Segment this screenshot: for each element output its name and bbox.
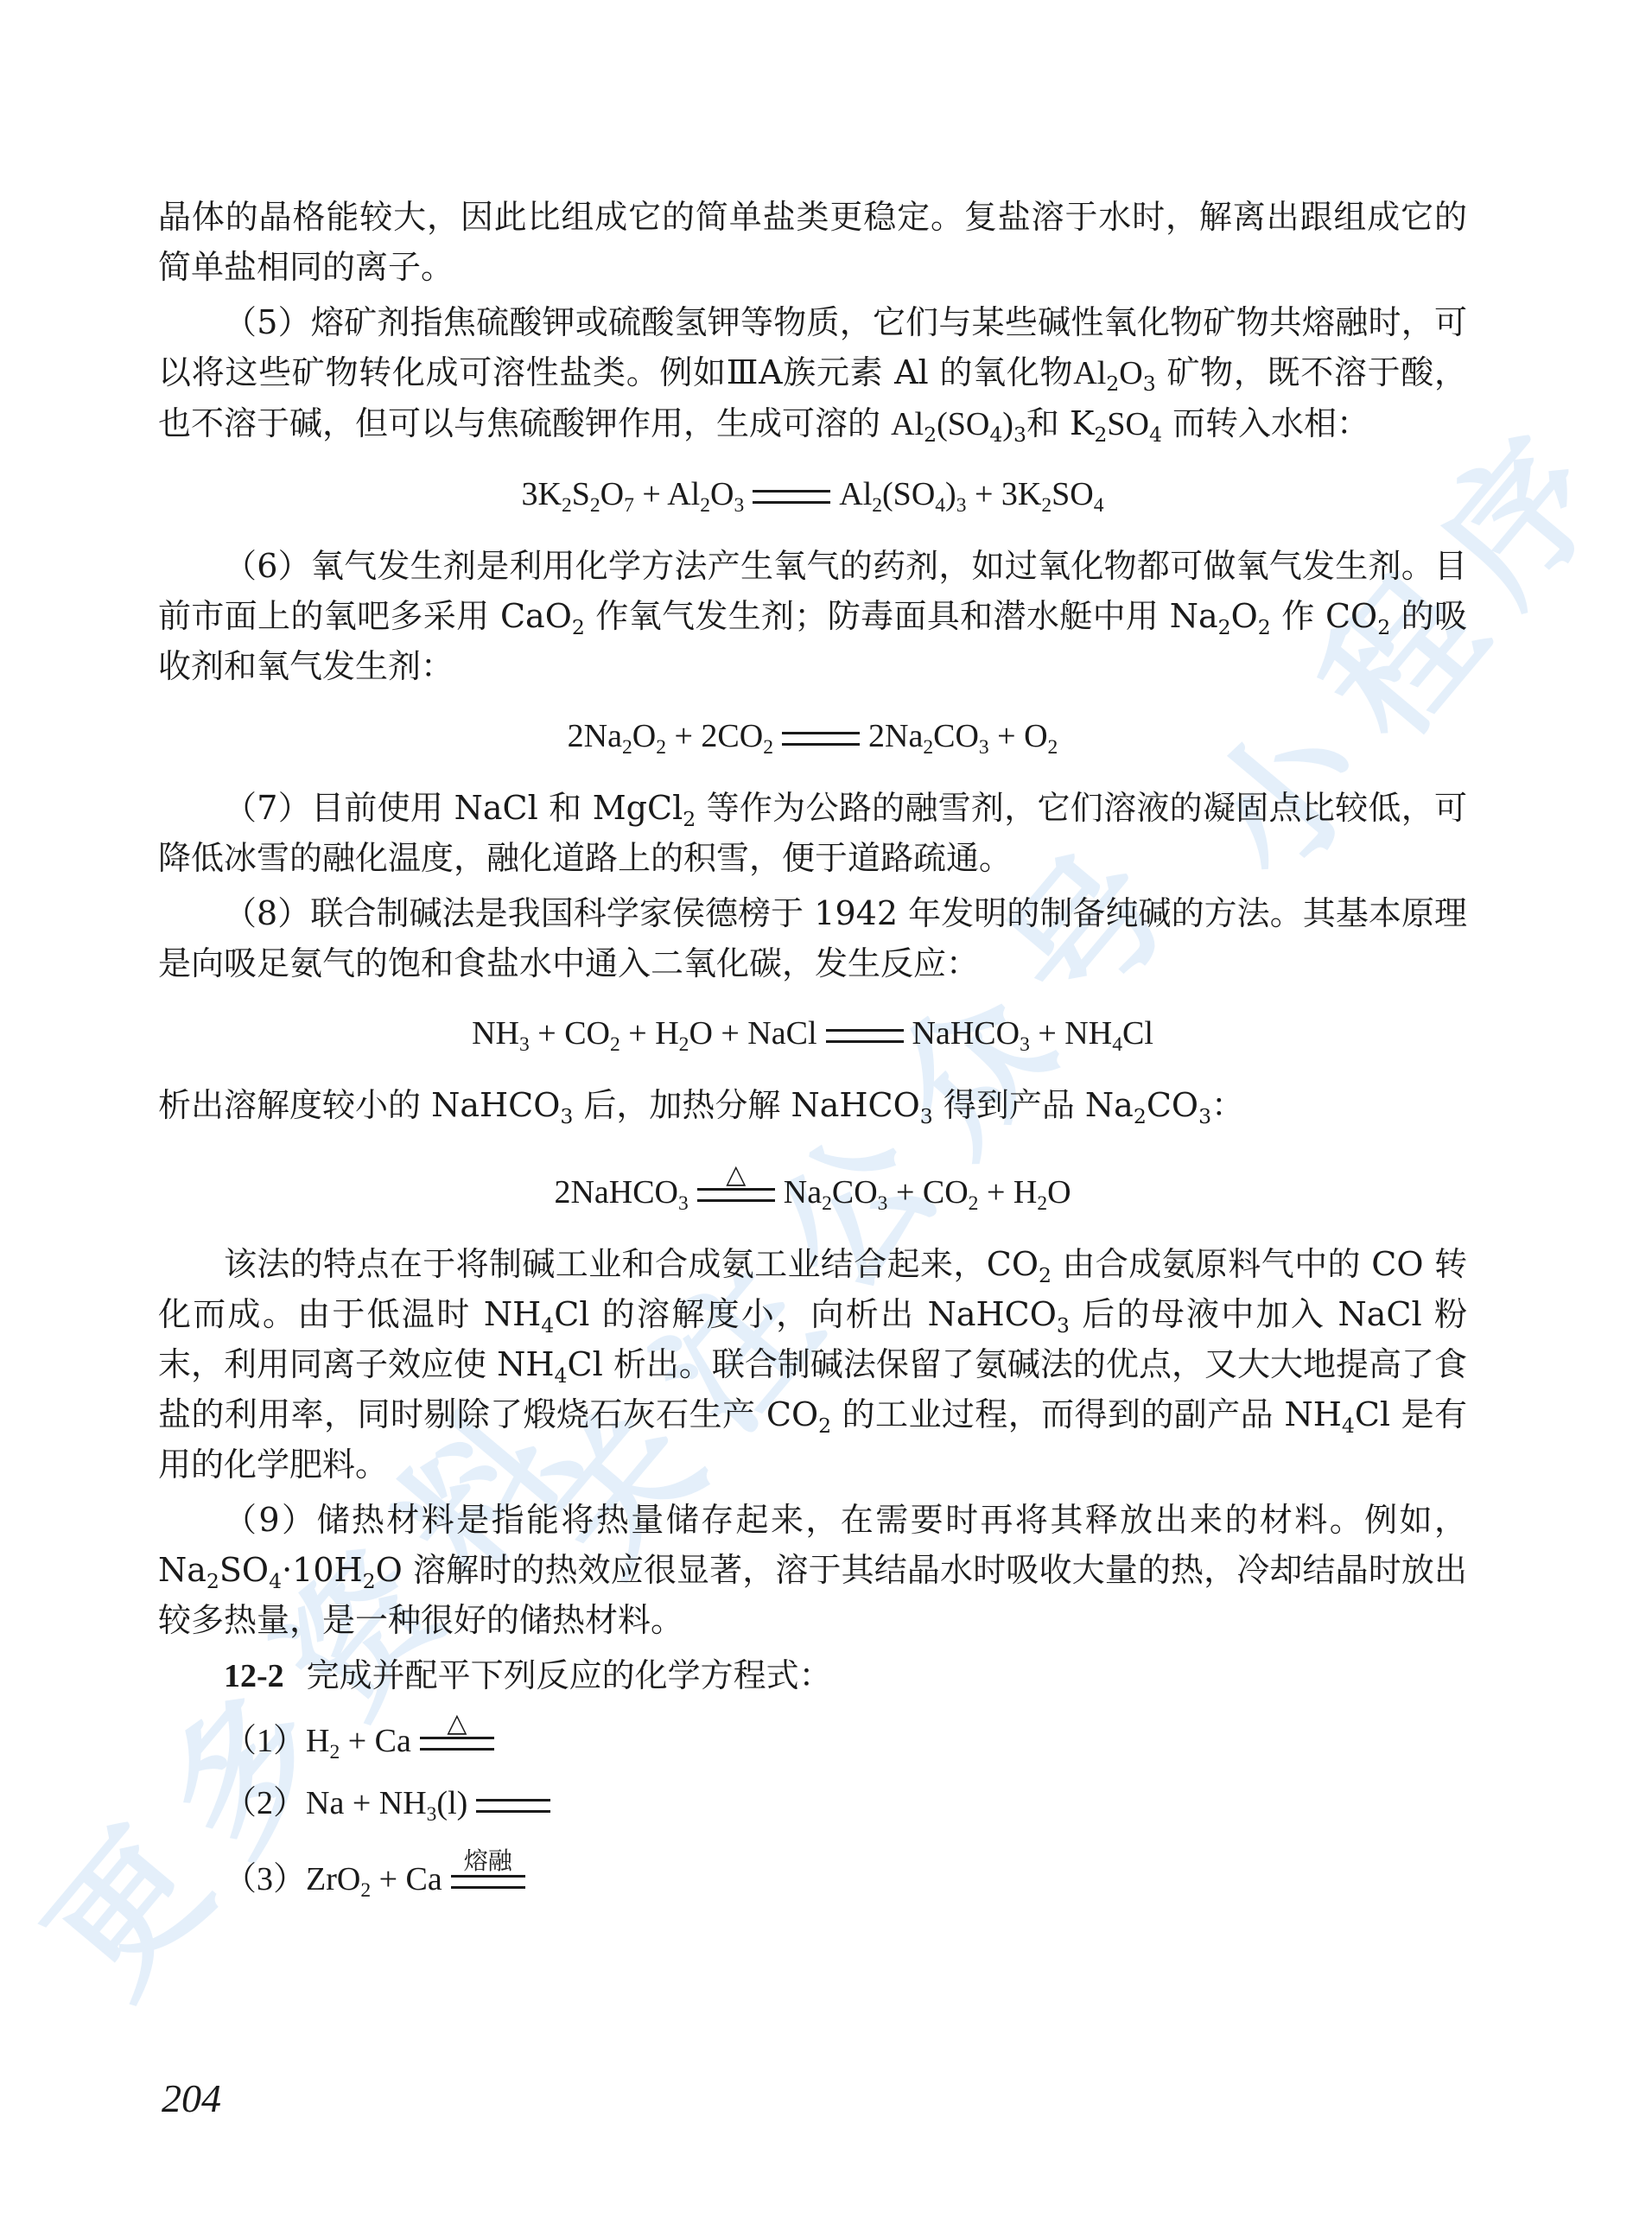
equals-arrow — [753, 490, 830, 504]
equation-potassium-pyrosulfate: 3K2S2O7 + Al2O3Al2(SO4)3 + 3K2SO4 — [158, 467, 1467, 522]
heat-icon: △ — [420, 1712, 494, 1736]
equation-sodium-peroxide: 2Na2O2 + 2CO22Na2CO3 + O2 — [158, 709, 1467, 764]
paragraph-5: （5）熔矿剂指焦硫酸钾或硫酸氢钾等物质，它们与某些碱性氧化物矿物共熔融时，可以将… — [158, 297, 1467, 449]
page-body: 晶体的晶格能较大，因此比组成它的简单盐类更稳定。复盐溶于水时，解离出跟组成它的简… — [158, 192, 1467, 1907]
equation-hou-process: NH3 + CO2 + H2O + NaClNaHCO3 + NH4Cl — [158, 1006, 1467, 1061]
equals-arrow — [826, 1029, 904, 1043]
exercise-number: 12-2 — [224, 1658, 284, 1694]
page-number: 204 — [162, 2075, 221, 2121]
paragraph-6: （6）氧气发生剂是利用化学方法产生氧气的药剂，如过氧化物都可做氧气发生剂。目前市… — [158, 541, 1467, 691]
exercise-item-1: （1）H2 + Ca△ — [158, 1713, 1467, 1769]
equation-bicarbonate-decomposition: 2NaHCO3△Na2CO3 + CO2 + H2O — [158, 1165, 1467, 1220]
paragraph-7: （7）目前使用 NaCl 和 MgCl2 等作为公路的融雪剂，它们溶液的凝固点比… — [158, 783, 1467, 883]
exercise-item-2: （2）Na + NH3(l) — [158, 1776, 1467, 1831]
equals-arrow — [782, 732, 860, 746]
heat-equals-arrow: △ — [420, 1737, 494, 1751]
melt-condition-label: 熔融 — [451, 1850, 525, 1874]
exercise-title: 完成并配平下列反应的化学方程式： — [307, 1656, 832, 1694]
heat-equals-arrow: △ — [697, 1188, 775, 1202]
paragraph-continued: 晶体的晶格能较大，因此比组成它的简单盐类更稳定。复盐溶于水时，解离出跟组成它的简… — [158, 192, 1467, 292]
exercise-item-3: （3）ZrO2 + Ca熔融 — [158, 1852, 1467, 1907]
exercise-heading: 12-2完成并配平下列反应的化学方程式： — [158, 1650, 1467, 1701]
melt-equals-arrow: 熔融 — [451, 1875, 525, 1889]
equals-arrow — [476, 1799, 550, 1813]
paragraph-8-explanation: 该法的特点在于将制碱工业和合成氨工业结合起来，CO2 由合成氨原料气中的 CO … — [158, 1239, 1467, 1490]
paragraph-8: （8）联合制碱法是我国科学家侯德榜于 1942 年发明的制备纯碱的方法。其基本原… — [158, 888, 1467, 988]
heat-icon: △ — [697, 1163, 775, 1187]
paragraph-9: （9）储热材料是指能将热量储存起来，在需要时再将其释放出来的材料。例如，Na2S… — [158, 1495, 1467, 1645]
paragraph-8-continued: 析出溶解度较小的 NaHCO3 后，加热分解 NaHCO3 得到产品 Na2CO… — [158, 1080, 1467, 1130]
